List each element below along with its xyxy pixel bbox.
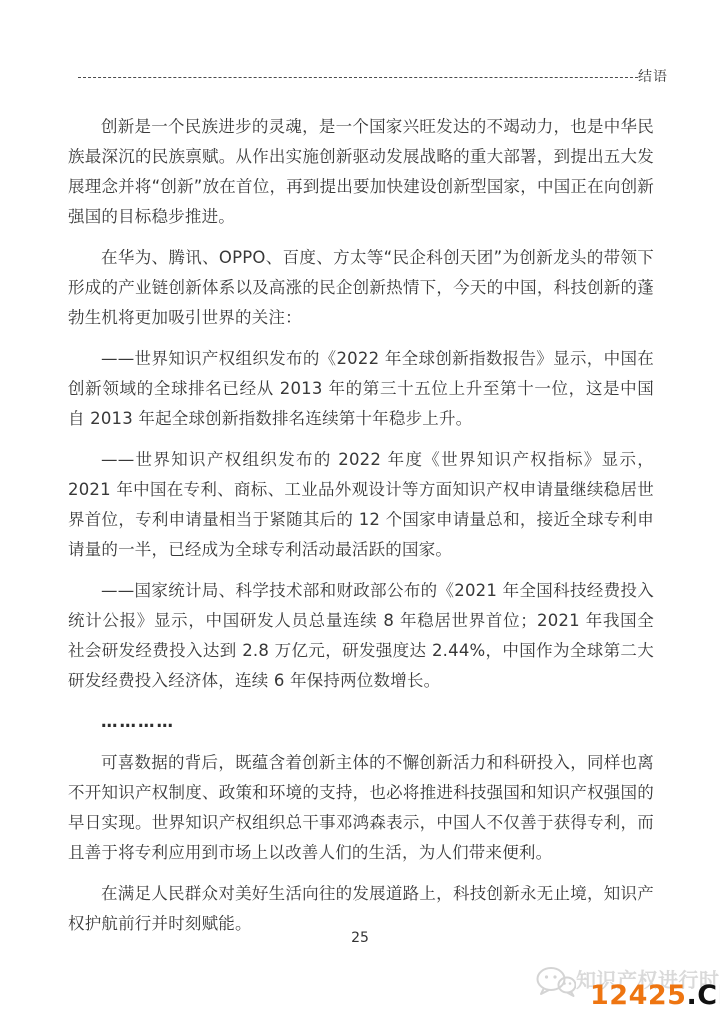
watermark-site-tld: .CN [686, 980, 720, 1011]
paragraph: 创新是一个民族进步的灵魂，是一个国家兴旺发达的不竭动力，也是中华民族最深沉的民族… [68, 112, 654, 232]
paragraph: ——世界知识产权组织发布的 2022 年度《世界知识产权指标》显示，2021 年… [68, 445, 654, 565]
watermark-site: 12425.CN [590, 982, 720, 1010]
wechat-icon [536, 966, 576, 1000]
page-header: 结语 [78, 68, 668, 86]
watermark: 知识产权进行时 12425.CN [536, 962, 720, 1016]
chapter-label: 结语 [638, 68, 668, 86]
watermark-site-number: 12425 [590, 980, 686, 1011]
ellipsis-paragraph: ………… [68, 707, 654, 737]
paragraph: 在华为、腾讯、OPPO、百度、方太等“民企科创天团”为创新龙头的带领下形成的产业… [68, 243, 654, 333]
paragraph: 可喜数据的背后，既蕴含着创新主体的不懈创新活力和科研投入，同样也离不开知识产权制… [68, 748, 654, 868]
paragraph: ——国家统计局、科学技术部和财政部公布的《2021 年全国科技经费投入统计公报》… [68, 576, 654, 696]
header-dashed-rule [78, 77, 638, 78]
page-number: 25 [0, 930, 720, 946]
body-text: 创新是一个民族进步的灵魂，是一个国家兴旺发达的不竭动力，也是中华民族最深沉的民族… [68, 112, 654, 950]
document-page: 结语 创新是一个民族进步的灵魂，是一个国家兴旺发达的不竭动力，也是中华民族最深沉… [0, 0, 720, 1018]
paragraph: ——世界知识产权组织发布的《2022 年全球创新指数报告》显示，中国在创新领域的… [68, 344, 654, 434]
